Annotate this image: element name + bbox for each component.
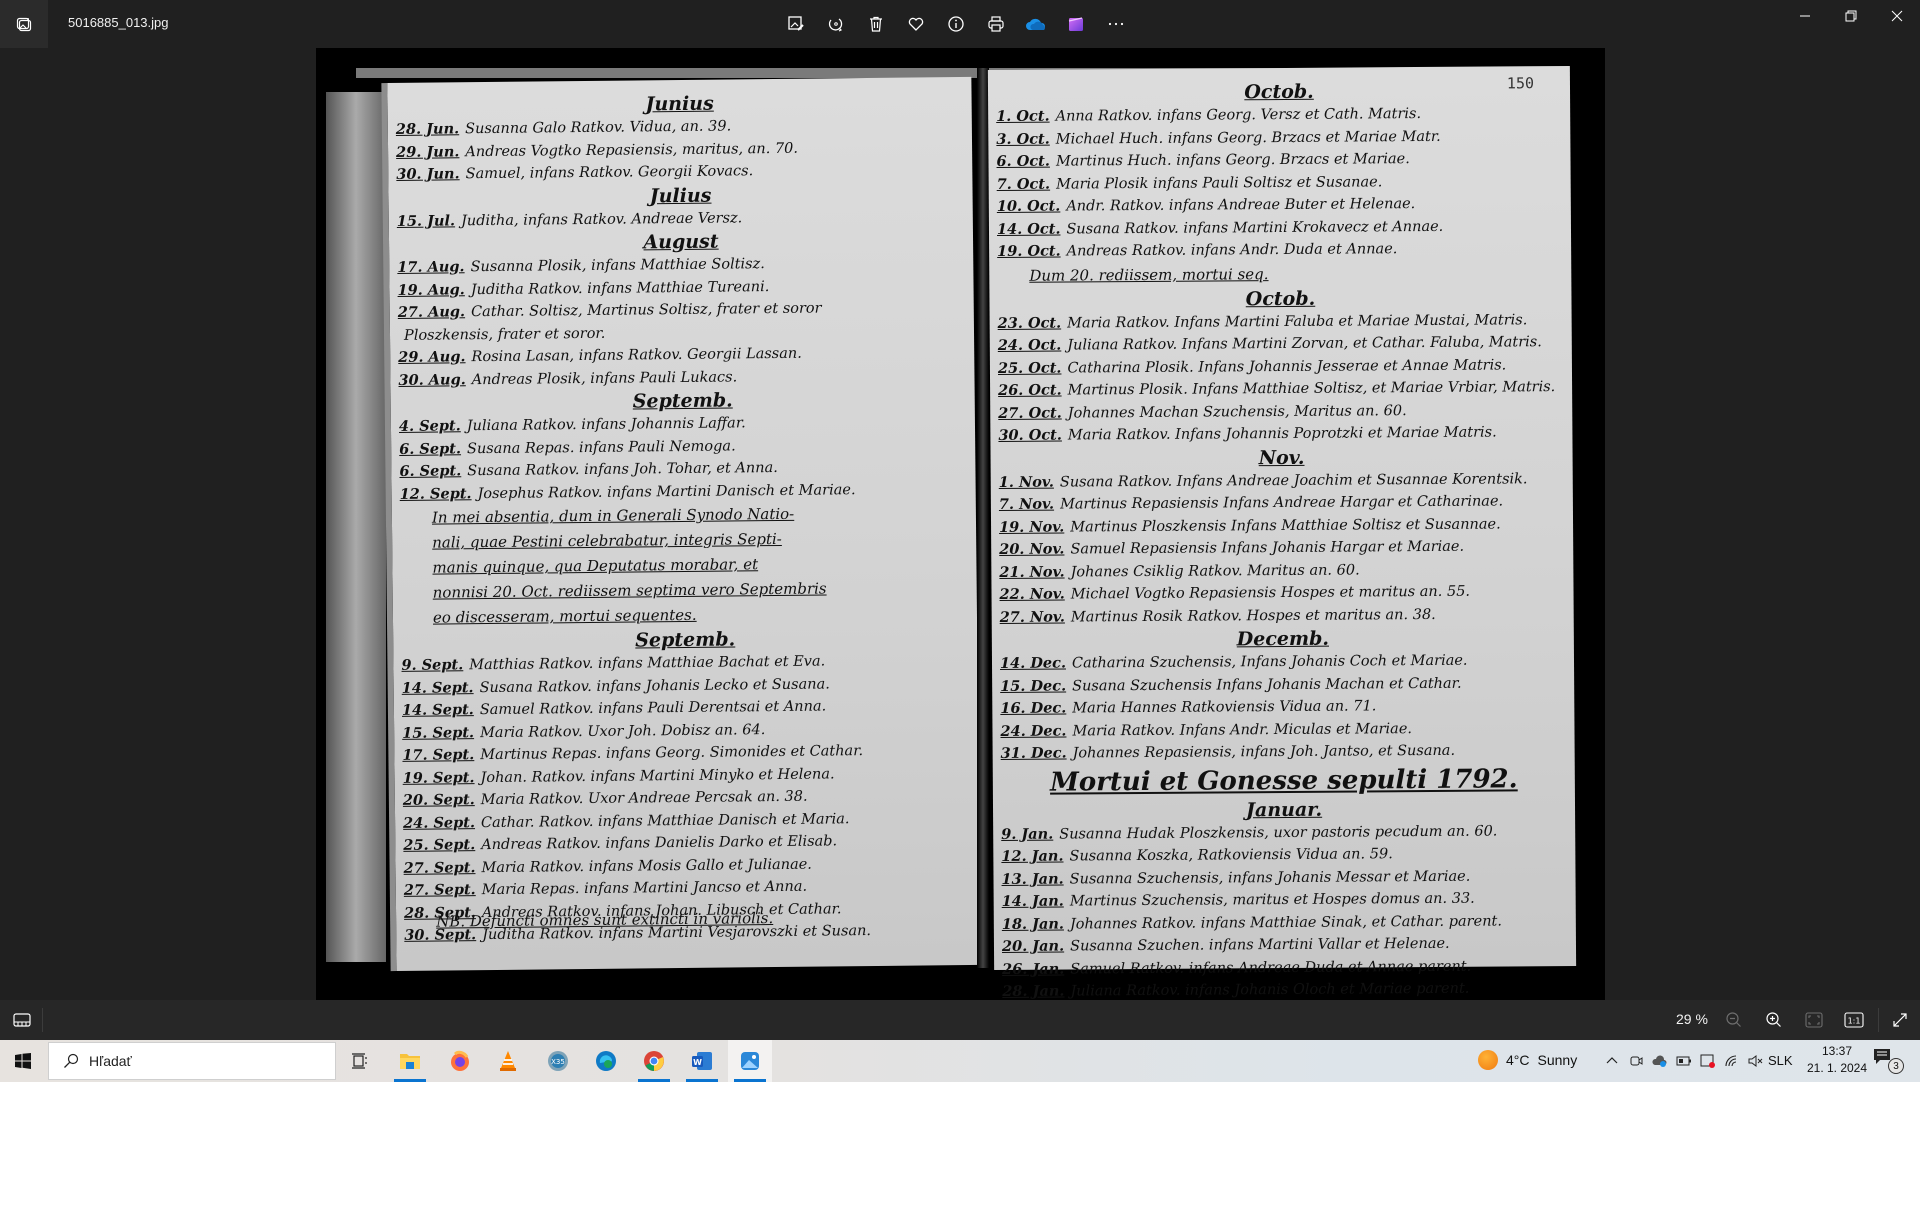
- entry-text: Martinus Ploszkensis Infans Matthiae Sol…: [1070, 516, 1501, 535]
- close-button[interactable]: [1874, 0, 1920, 32]
- entry-date: 24. Dec.: [1000, 722, 1066, 739]
- search-placeholder: Hľadať: [89, 1053, 132, 1069]
- register-entry: 7. Nov.Martinus Repasiensis Infans Andre…: [991, 490, 1573, 517]
- svg-text:W: W: [693, 1058, 702, 1067]
- entry-text: Susanna Szuchen. infans Martini Vallar e…: [1070, 936, 1450, 955]
- entry-date: 20. Jan.: [1002, 938, 1064, 955]
- entry-text: Michael Vogtko Repasiensis Hospes et mar…: [1071, 584, 1470, 603]
- month-heading: Mortui et Gonesse sepulti 1792.: [993, 761, 1575, 799]
- entry-date: 15. Dec.: [1000, 677, 1066, 694]
- right-page: 150 Octob.1. Oct.Anna Ratkov. infans Geo…: [988, 66, 1576, 970]
- entry-date: 7. Nov.: [999, 496, 1054, 513]
- entry-text: Maria Plosik infans Pauli Soltisz et Sus…: [1056, 174, 1382, 192]
- entry-date: 28. Jan.: [1002, 983, 1064, 1000]
- battery-icon: [1676, 1056, 1692, 1066]
- chevron-up-icon: [1606, 1055, 1618, 1067]
- image-viewport[interactable]: Junius28. Jun.Susanna Galo Ratkov. Vidua…: [0, 48, 1920, 1000]
- entry-date: 6. Sept.: [399, 440, 461, 458]
- notification-center-button[interactable]: 3: [1872, 1048, 1904, 1076]
- taskbar-firefox[interactable]: [438, 1040, 482, 1082]
- weather-condition: Sunny: [1538, 1052, 1578, 1068]
- photos-app-window: 5016885_013.jpg: [0, 0, 1920, 1040]
- firefox-icon: [449, 1050, 471, 1072]
- entry-text: Susana Szuchensis Infans Johanis Machan …: [1072, 675, 1462, 694]
- clipchamp-button[interactable]: [1060, 8, 1092, 40]
- more-dots-icon: [1107, 15, 1125, 33]
- svg-text:1:1: 1:1: [1848, 1017, 1861, 1026]
- vlc-cone-icon: [498, 1050, 518, 1072]
- entry-date: 3. Oct.: [996, 130, 1050, 147]
- entry-date: 28. Jun.: [396, 120, 459, 138]
- weather-widget[interactable]: 4°C Sunny: [1478, 1050, 1577, 1070]
- entry-date: 27. Nov.: [1000, 608, 1065, 625]
- running-indicator: [686, 1079, 718, 1082]
- windows-taskbar: Hľadať X35 W 4°C Sunny: [0, 1040, 1920, 1082]
- entry-date: 14. Sept.: [402, 701, 474, 719]
- entry-date: 22. Nov.: [999, 586, 1064, 603]
- entry-date: 17. Aug.: [397, 258, 464, 276]
- entry-date: 6. Oct.: [996, 153, 1050, 170]
- register-entry: 24. Oct.Juliana Ratkov. Infans Martini Z…: [990, 331, 1572, 358]
- close-icon: [1891, 10, 1903, 22]
- left-page: Junius28. Jun.Susanna Galo Ratkov. Vidua…: [381, 77, 980, 971]
- entry-text: Maria Ratkov. Uxor Joh. Dobisz an. 64.: [480, 722, 765, 741]
- entry-date: 4. Sept.: [399, 417, 461, 435]
- entry-text: Cathar. Ratkov. infans Matthiae Danisch …: [481, 811, 850, 831]
- entry-text: Maria Ratkov. Infans Johannis Poprotzki …: [1068, 424, 1497, 443]
- book-spine: [977, 68, 989, 968]
- restore-icon: [1845, 10, 1857, 22]
- taskbar-edge[interactable]: [584, 1040, 628, 1082]
- system-tray: [1600, 1040, 1768, 1082]
- left-page-entries: Junius28. Jun.Susanna Galo Ratkov. Vidua…: [387, 77, 980, 948]
- entry-date: 15. Jul.: [397, 212, 455, 230]
- input-language[interactable]: SLK: [1768, 1053, 1793, 1068]
- taskbar-app-x35[interactable]: X35: [536, 1040, 580, 1082]
- entry-date: 27. Aug.: [398, 303, 465, 321]
- folder-icon: [399, 1051, 421, 1071]
- entry-text: Susana Ratkov. infans Joh. Tohar, et Ann…: [467, 460, 778, 479]
- entry-text: Samuel Ratkov. infans Andreae Duda et An…: [1070, 958, 1471, 977]
- right-page-entries: Octob.1. Oct.Anna Ratkov. infans Georg. …: [988, 66, 1577, 1000]
- zoom-in-icon: [1765, 1011, 1783, 1029]
- entry-text: Catharina Szuchensis, Infans Johanis Coc…: [1072, 653, 1468, 672]
- entry-text: Johan. Ratkov. infans Martini Minyko et …: [480, 766, 834, 786]
- entry-text: Martinus Plosik. Infans Matthiae Soltisz…: [1068, 379, 1556, 398]
- entry-text: Juliana Ratkov. infans Johanis Oloch et …: [1070, 981, 1469, 1000]
- entry-date: 20. Nov.: [999, 541, 1064, 558]
- cloud-sync-icon: [1652, 1054, 1668, 1068]
- onedrive-cloud-icon: [1025, 16, 1047, 32]
- entry-text: Juliana Ratkov. Infans Martini Zorvan, e…: [1067, 334, 1542, 353]
- title-bar: 5016885_013.jpg: [0, 0, 1920, 48]
- trash-icon: [867, 15, 885, 33]
- entry-text: Andreas Ratkov. infans Danielis Darko et…: [481, 833, 837, 853]
- register-entry: 19. Nov.Martinus Ploszkensis Infans Matt…: [991, 512, 1573, 539]
- entry-text: Rosina Lasan, infans Ratkov. Georgii Las…: [471, 346, 801, 365]
- entry-text: Maria Ratkov. Infans Martini Faluba et M…: [1067, 312, 1527, 331]
- file-info-button[interactable]: [940, 8, 972, 40]
- entry-text: Martinus Repas. infans Georg. Simonides …: [480, 743, 863, 763]
- photos-app-icon: [739, 1050, 761, 1072]
- register-entry: 28. Jan.Juliana Ratkov. infans Johanis O…: [994, 977, 1576, 1000]
- entry-text: Susana Repas. infans Pauli Nemoga.: [467, 438, 736, 457]
- entry-text: Ploszkensis, frater et soror.: [404, 325, 606, 343]
- volume-muted-icon: [1748, 1054, 1764, 1068]
- entry-date: 19. Aug.: [397, 281, 464, 299]
- heart-icon: [907, 15, 925, 33]
- clock[interactable]: 13:37 21. 1. 2024: [1806, 1043, 1868, 1077]
- register-entry: 9. Jan.Susanna Hudak Ploszkensis, uxor p…: [993, 819, 1575, 846]
- sun-icon: [1478, 1050, 1498, 1070]
- entry-text: Susana Ratkov. infans Johanis Lecko et S…: [479, 676, 829, 696]
- app-x35-icon: X35: [547, 1050, 569, 1072]
- entry-text: Samuel, infans Ratkov. Georgii Kovacs.: [466, 163, 754, 182]
- entry-date: 15. Sept.: [402, 724, 474, 742]
- entry-text: Susanna Galo Ratkov. Vidua, an. 39.: [465, 118, 731, 137]
- filmstrip-toggle-button[interactable]: [6, 1004, 38, 1036]
- register-entry: 18. Jan.Johannes Ratkov. infans Matthiae…: [994, 909, 1576, 936]
- entry-date: 31. Dec.: [1001, 745, 1067, 762]
- entry-text: Cathar. Soltisz, Martinus Soltisz, frate…: [471, 301, 822, 321]
- entry-text: Samuel Ratkov. infans Pauli Derentsai et…: [480, 698, 827, 718]
- screen-capture-icon: [1700, 1053, 1716, 1069]
- entry-date: 19. Sept.: [403, 769, 475, 787]
- taskbar-chrome[interactable]: [632, 1040, 676, 1082]
- task-view-button[interactable]: [338, 1040, 382, 1082]
- entry-date: 19. Nov.: [999, 518, 1064, 535]
- entry-date: 21. Nov.: [999, 563, 1064, 580]
- register-entry: 26. Oct.Martinus Plosik. Infans Matthiae…: [990, 376, 1572, 403]
- viewer-bottom-bar: 29 % 1:1: [0, 1000, 1920, 1040]
- entry-date: 25. Oct.: [998, 359, 1062, 376]
- entry-text: Susanna Szuchensis, infans Johanis Messa…: [1070, 868, 1471, 887]
- entry-date: 16. Dec.: [1000, 700, 1066, 717]
- rotate-icon: [827, 15, 845, 33]
- actual-size-button[interactable]: 1:1: [1838, 1004, 1870, 1036]
- minimize-button[interactable]: [1782, 0, 1828, 32]
- entry-date: 17. Sept.: [402, 746, 474, 764]
- minimize-icon: [1799, 10, 1811, 22]
- network-tray-button[interactable]: [1720, 1040, 1744, 1082]
- entry-text: Juditha, infans Ratkov. Andreae Versz.: [461, 210, 742, 229]
- entry-date: 19. Oct.: [997, 243, 1061, 260]
- chrome-icon: [643, 1050, 665, 1072]
- entry-date: 14. Oct.: [997, 220, 1061, 237]
- entry-text: Andr. Ratkov. infans Andreae Buter et He…: [1066, 196, 1415, 214]
- search-icon: [63, 1053, 79, 1069]
- entry-date: 14. Jan.: [1002, 893, 1064, 910]
- entry-text: Martinus Repasiensis Infans Andreae Harg…: [1060, 493, 1503, 512]
- task-view-icon: [351, 1052, 369, 1070]
- onedrive-sync-tray-button[interactable]: [1648, 1040, 1672, 1082]
- fit-to-window-button[interactable]: [1798, 1004, 1830, 1036]
- zoom-out-button[interactable]: [1718, 1004, 1750, 1036]
- svg-text:X35: X35: [551, 1058, 565, 1066]
- windows-logo-icon: [15, 1053, 31, 1069]
- entry-text: Johannes Machan Szuchensis, Maritus an. …: [1068, 403, 1407, 421]
- clock-time: 13:37: [1806, 1043, 1868, 1060]
- taskbar-word[interactable]: W: [680, 1040, 724, 1082]
- page-number: 150: [1507, 74, 1534, 92]
- camera-tray-button[interactable]: [1624, 1040, 1648, 1082]
- taskbar-vlc[interactable]: [486, 1040, 530, 1082]
- info-icon: [947, 15, 965, 33]
- entry-date: 14. Dec.: [1000, 655, 1066, 672]
- screen-record-tray-button[interactable]: [1696, 1040, 1720, 1082]
- entry-date: 29. Aug.: [398, 348, 465, 366]
- favorite-button[interactable]: [900, 8, 932, 40]
- entry-date: 18. Jan.: [1002, 915, 1064, 932]
- expand-icon: [1892, 1012, 1908, 1028]
- print-icon: [987, 15, 1005, 33]
- register-page-photo[interactable]: Junius28. Jun.Susanna Galo Ratkov. Vidua…: [316, 48, 1605, 1000]
- restore-button[interactable]: [1828, 0, 1874, 32]
- entry-text: Josephus Ratkov. infans Martini Danisch …: [477, 482, 855, 502]
- entry-date: 27. Sept.: [404, 881, 476, 899]
- entry-text: Catharina Plosik. Infans Johannis Jesser…: [1067, 357, 1506, 376]
- entry-text: Maria Ratkov. Uxor Andreae Percsak an. 3…: [481, 789, 808, 808]
- entry-text: Juditha Ratkov. infans Matthiae Tureani.: [471, 279, 770, 298]
- entry-text: Susanna Koszka, Ratkoviensis Vidua an. 5…: [1069, 846, 1392, 864]
- actual-size-icon: 1:1: [1844, 1012, 1864, 1028]
- entry-date: 14. Sept.: [402, 679, 474, 697]
- entry-text: Andreas Ratkov. infans Andr. Duda et Ann…: [1067, 241, 1398, 259]
- taskbar-file-explorer[interactable]: [388, 1040, 432, 1082]
- entry-text: Matthias Ratkov. infans Matthiae Bachat …: [469, 653, 825, 673]
- entry-text: Susanna Plosik, infans Matthiae Soltisz.: [470, 256, 764, 275]
- entry-date: 1. Oct.: [996, 108, 1050, 125]
- photos-app-icon[interactable]: [0, 0, 48, 48]
- full-screen-button[interactable]: [1884, 1004, 1916, 1036]
- entry-text: Susana Ratkov. Infans Andreae Joachim et…: [1060, 471, 1528, 490]
- clock-date: 21. 1. 2024: [1806, 1060, 1868, 1077]
- rotate-button[interactable]: [820, 8, 852, 40]
- zoom-out-icon: [1725, 1011, 1743, 1029]
- edge-icon: [595, 1050, 617, 1072]
- entry-text: Susanna Hudak Ploszkensis, uxor pastoris…: [1059, 823, 1497, 842]
- entry-date: 10. Oct.: [997, 198, 1061, 215]
- entry-text: Michael Huch. infans Georg. Brzacs et Ma…: [1056, 128, 1441, 147]
- entry-text: Anna Ratkov. infans Georg. Versz et Cath…: [1056, 106, 1422, 125]
- entry-date: 12. Jan.: [1001, 848, 1063, 865]
- entry-date: 30. Jun.: [396, 165, 459, 183]
- window-controls: [1782, 0, 1920, 32]
- entry-text: Maria Ratkov. Infans Andr. Miculas et Ma…: [1072, 721, 1412, 739]
- notification-count-badge: 3: [1888, 1058, 1904, 1074]
- more-options-button[interactable]: [1100, 8, 1132, 40]
- entry-date: 30. Oct.: [998, 427, 1062, 444]
- onedrive-button[interactable]: [1020, 8, 1052, 40]
- divider: [1878, 1008, 1879, 1032]
- footnote: NB. Defuncti omnes sunt extincti in vari…: [436, 909, 773, 931]
- wifi-icon: [1724, 1054, 1740, 1068]
- entry-text: Martinus Huch. infans Georg. Brzacs et M…: [1056, 151, 1410, 169]
- entry-date: 25. Sept.: [403, 836, 475, 854]
- edit-image-icon: [787, 15, 805, 33]
- register-entry: 30. Oct.Maria Ratkov. Infans Johannis Po…: [990, 421, 1572, 448]
- battery-tray-button[interactable]: [1672, 1040, 1696, 1082]
- print-button[interactable]: [980, 8, 1012, 40]
- start-button[interactable]: [0, 1040, 46, 1082]
- zoom-in-button[interactable]: [1758, 1004, 1790, 1036]
- webcam-icon: [1629, 1054, 1643, 1068]
- entry-date: 1. Nov.: [999, 473, 1054, 490]
- active-indicator: [734, 1079, 766, 1082]
- image-icon: [16, 16, 32, 32]
- entry-text: Martinus Szuchensis, maritus et Hospes d…: [1070, 891, 1475, 910]
- filmstrip-icon: [13, 1013, 31, 1027]
- entry-date: 29. Jun.: [396, 143, 459, 161]
- entry-date: 24. Oct.: [998, 337, 1062, 354]
- entry-text: Susana Ratkov. infans Martini Krokavecz …: [1066, 218, 1443, 237]
- book-left-edge: [326, 92, 386, 962]
- file-name: 5016885_013.jpg: [68, 15, 169, 30]
- zoom-level[interactable]: 29 %: [1676, 1011, 1708, 1027]
- entry-text: Juliana Ratkov. infans Johannis Laffar.: [467, 415, 746, 434]
- entry-text: Maria Hannes Ratkoviensis Vidua an. 71.: [1072, 698, 1376, 716]
- entry-date: 26. Oct.: [998, 382, 1062, 399]
- taskbar-photos[interactable]: [728, 1040, 772, 1082]
- entry-text: Maria Ratkov. infans Mosis Gallo et Juli…: [481, 856, 812, 875]
- entry-date: 24. Sept.: [403, 814, 475, 832]
- entry-text: Martinus Rosik Ratkov. Hospes et maritus…: [1071, 606, 1436, 625]
- entry-text: Samuel Repasiensis Infans Johanis Hargar…: [1070, 539, 1464, 558]
- entry-text: Maria Repas. infans Martini Jancso et An…: [482, 879, 808, 898]
- word-icon: W: [691, 1050, 713, 1072]
- clipchamp-icon: [1067, 15, 1085, 33]
- entry-date: 6. Sept.: [399, 462, 461, 480]
- entry-text: Andreas Plosik, infans Pauli Lukacs.: [472, 369, 738, 388]
- entry-date: 27. Oct.: [998, 404, 1062, 421]
- entry-date: 13. Jan.: [1001, 870, 1063, 887]
- entry-date: 12. Sept.: [400, 485, 472, 503]
- fit-window-icon: [1805, 1012, 1823, 1028]
- entry-date: 20. Sept.: [403, 791, 475, 809]
- taskbar-search-box[interactable]: Hľadať: [48, 1042, 336, 1080]
- entry-date: 30. Aug.: [398, 371, 465, 389]
- show-hidden-icons-button[interactable]: [1600, 1040, 1624, 1082]
- entry-date: 27. Sept.: [403, 859, 475, 877]
- entry-date: 9. Jan.: [1001, 825, 1053, 842]
- entry-date: 7. Oct.: [997, 175, 1051, 192]
- volume-tray-button[interactable]: [1744, 1040, 1768, 1082]
- running-indicator: [394, 1079, 426, 1082]
- entry-date: 9. Sept.: [401, 656, 463, 674]
- entry-text: Johannes Repasiensis, infans Joh. Jantso…: [1073, 743, 1456, 762]
- entry-date: 26. Jan.: [1002, 960, 1064, 977]
- divider: [42, 1008, 43, 1032]
- viewer-toolbar: [780, 8, 1132, 40]
- running-indicator: [638, 1079, 670, 1082]
- entry-text: Andreas Vogtko Repasiensis, maritus, an.…: [465, 140, 798, 159]
- edit-image-button[interactable]: [780, 8, 812, 40]
- entry-text: Johannes Ratkov. infans Matthiae Sinak, …: [1070, 913, 1502, 932]
- delete-button[interactable]: [860, 8, 892, 40]
- entry-date: 23. Oct.: [998, 314, 1062, 331]
- entry-text: Johanes Csiklig Ratkov. Maritus an. 60.: [1071, 562, 1360, 580]
- weather-temperature: 4°C: [1506, 1052, 1530, 1068]
